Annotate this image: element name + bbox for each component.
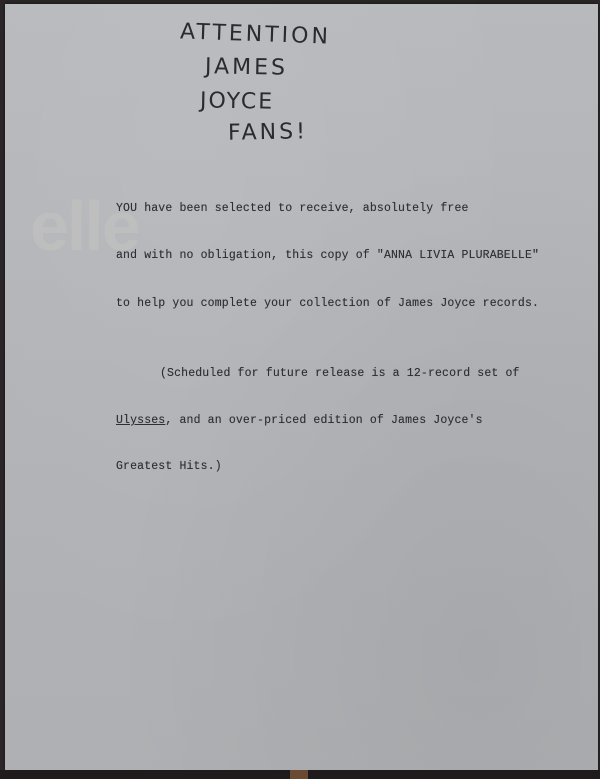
body-paragraph-2-line-2: Ulysses, and an over-priced edition of J… [116, 414, 483, 427]
photo-bottom-tab [290, 770, 308, 779]
handwritten-header-line-4: FANS! [228, 121, 308, 144]
handwritten-header-line-3: JOYCE [200, 90, 274, 113]
handwritten-header-line-1: ATTENTION [180, 21, 332, 48]
body-paragraph-1-line-1: YOU have been selected to receive, absol… [116, 202, 469, 215]
body-paragraph-1-line-3: to help you complete your collection of … [116, 297, 539, 310]
handwritten-header-line-2: JAMES [205, 56, 288, 79]
body-paragraph-2-line-2-rest: , and an over-priced edition of James Jo… [165, 414, 482, 427]
body-paragraph-2-line-1: (Scheduled for future release is a 12-re… [160, 367, 520, 380]
body-paragraph-1-line-2: and with no obligation, this copy of "AN… [116, 249, 539, 262]
body-paragraph-2-line-3: Greatest Hits.) [116, 460, 222, 473]
document-photo: elle ATTENTION JAMES JOYCE FANS! YOU hav… [0, 0, 600, 779]
ulysses-title-underlined: Ulysses [116, 414, 165, 427]
